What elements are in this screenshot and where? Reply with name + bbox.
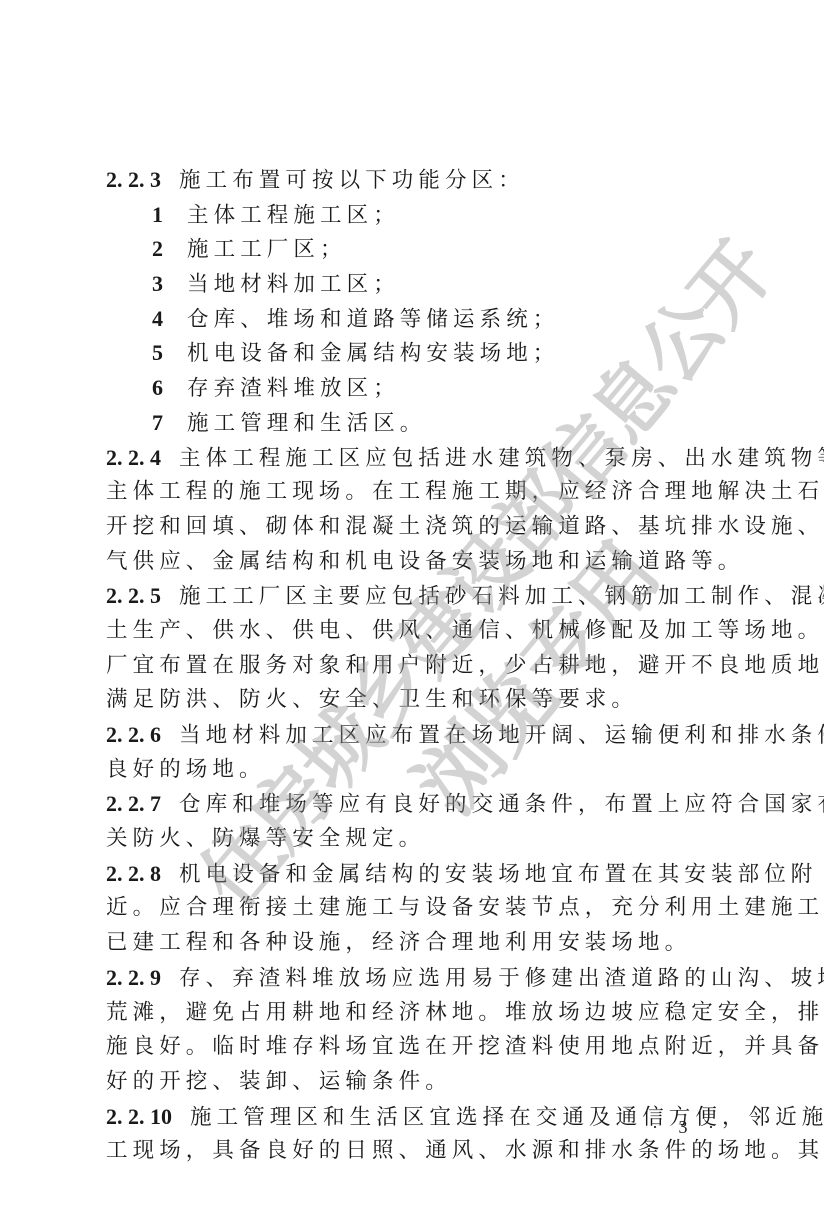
list-item: 7施工管理和生活区。 — [106, 406, 720, 441]
item-number: 7 — [152, 410, 163, 435]
item-text: 当地材料加工区； — [187, 272, 400, 297]
clause-2-2-8-line: 2. 2. 8机电设备和金属结构的安装场地宜布置在其安装部位附 — [106, 857, 720, 892]
clause-number: 2. 2. 9 — [106, 965, 161, 990]
item-text: 主体工程施工区； — [187, 203, 400, 228]
page-number: · 3 · — [652, 1117, 722, 1138]
clause-2-2-10-line: 2. 2. 10施工管理区和生活区宜选择在交通及通信方便，邻近施 — [106, 1100, 720, 1135]
clause-2-2-3-heading: 2. 2. 3施工布置可按以下功能分区： — [106, 163, 720, 198]
clause-2-2-6-line: 2. 2. 6当地材料加工区应布置在场地开阔、运输便利和排水条件 — [106, 718, 720, 753]
clause-2-2-9-line: 好的开挖、装卸、运输条件。 — [106, 1065, 720, 1100]
clause-2-2-9-line: 2. 2. 9存、弃渣料堆放场应选用易于修建出渣道路的山沟、坡地、 — [106, 961, 720, 996]
list-item: 1主体工程施工区； — [106, 198, 720, 233]
item-number: 4 — [152, 306, 163, 331]
clause-text: 仓库和堆场等应有良好的交通条件，布置上应符合国家有 — [179, 792, 824, 817]
item-text: 仓库、堆场和道路等储运系统； — [187, 307, 559, 332]
item-number: 1 — [152, 202, 163, 227]
clause-2-2-9-line: 施良好。临时堆存料场宜选在开挖渣料使用地点附近，并具备较 — [106, 1030, 720, 1065]
clause-number: 2. 2. 3 — [106, 167, 161, 192]
clause-2-2-10-line: 工现场，具备良好的日照、通风、水源和排水条件的场地。其房屋 — [106, 1134, 720, 1169]
clause-2-2-9-line: 荒滩，避免占用耕地和经济林地。堆放场边坡应稳定安全，排水设 — [106, 996, 720, 1031]
clause-2-2-5-line: 土生产、供水、供电、供风、通信、机械修配及加工等场地。施工工 — [106, 614, 720, 649]
clause-text: 施工管理区和生活区宜选择在交通及通信方便，邻近施 — [190, 1105, 824, 1130]
clause-number: 2. 2. 10 — [106, 1104, 172, 1129]
item-text: 存弃渣料堆放区； — [187, 376, 400, 401]
clause-2-2-8-line: 近。应合理衔接土建施工与设备安装节点，充分利用土建施工中 — [106, 891, 720, 926]
clause-number: 2. 2. 7 — [106, 791, 161, 816]
clause-2-2-5-line: 2. 2. 5施工工厂区主要应包括砂石料加工、钢筋加工制作、混凝 — [106, 579, 720, 614]
clause-text: 当地材料加工区应布置在场地开阔、运输便利和排水条件 — [179, 723, 824, 748]
clause-2-2-7-line: 2. 2. 7仓库和堆场等应有良好的交通条件，布置上应符合国家有 — [106, 787, 720, 822]
list-item: 4仓库、堆场和道路等储运系统； — [106, 302, 720, 337]
clause-2-2-4-line: 主体工程的施工现场。在工程施工期，应经济合理地解决土石方 — [106, 475, 720, 510]
clause-2-2-8-line: 已建工程和各种设施，经济合理地利用安装场地。 — [106, 926, 720, 961]
clause-2-2-7-line: 关防火、防爆等安全规定。 — [106, 822, 720, 857]
list-item: 5机电设备和金属结构安装场地； — [106, 336, 720, 371]
clause-number: 2. 2. 6 — [106, 722, 161, 747]
clause-number: 2. 2. 4 — [106, 445, 161, 470]
document-body: 2. 2. 3施工布置可按以下功能分区： 1主体工程施工区； 2施工工厂区； 3… — [106, 163, 720, 1169]
item-text: 施工工厂区； — [187, 237, 347, 262]
clause-text: 施工布置可按以下功能分区： — [179, 168, 525, 193]
clause-text: 施工工厂区主要应包括砂石料加工、钢筋加工制作、混凝 — [179, 584, 824, 609]
item-number: 3 — [152, 271, 163, 296]
list-item: 6存弃渣料堆放区； — [106, 371, 720, 406]
item-text: 施工管理和生活区。 — [187, 411, 426, 436]
list-item: 3当地材料加工区； — [106, 267, 720, 302]
list-item: 2施工工厂区； — [106, 232, 720, 267]
clause-2-2-4-line: 2. 2. 4主体工程施工区应包括进水建筑物、泵房、出水建筑物等 — [106, 441, 720, 476]
item-text: 机电设备和金属结构安装场地； — [187, 341, 559, 366]
clause-number: 2. 2. 8 — [106, 861, 161, 886]
item-number: 6 — [152, 375, 163, 400]
clause-text: 主体工程施工区应包括进水建筑物、泵房、出水建筑物等 — [179, 446, 824, 471]
document-page: 2. 2. 3施工布置可按以下功能分区： 1主体工程施工区； 2施工工厂区； 3… — [0, 0, 824, 1216]
clause-2-2-4-line: 气供应、金属结构和机电设备安装场地和运输道路等。 — [106, 545, 720, 580]
item-number: 5 — [152, 340, 163, 365]
item-number: 2 — [152, 236, 163, 261]
clause-2-2-5-line: 厂宜布置在服务对象和用户附近，少占耕地，避开不良地质地段， — [106, 649, 720, 684]
clause-number: 2. 2. 5 — [106, 583, 161, 608]
clause-2-2-5-line: 满足防洪、防火、安全、卫生和环保等要求。 — [106, 683, 720, 718]
clause-2-2-4-line: 开挖和回填、砌体和混凝土浇筑的运输道路、基坑排水设施、水电 — [106, 510, 720, 545]
clause-text: 存、弃渣料堆放场应选用易于修建出渣道路的山沟、坡地、 — [179, 966, 824, 991]
clause-text: 机电设备和金属结构的安装场地宜布置在其安装部位附 — [179, 862, 817, 887]
clause-2-2-6-line: 良好的场地。 — [106, 753, 720, 788]
